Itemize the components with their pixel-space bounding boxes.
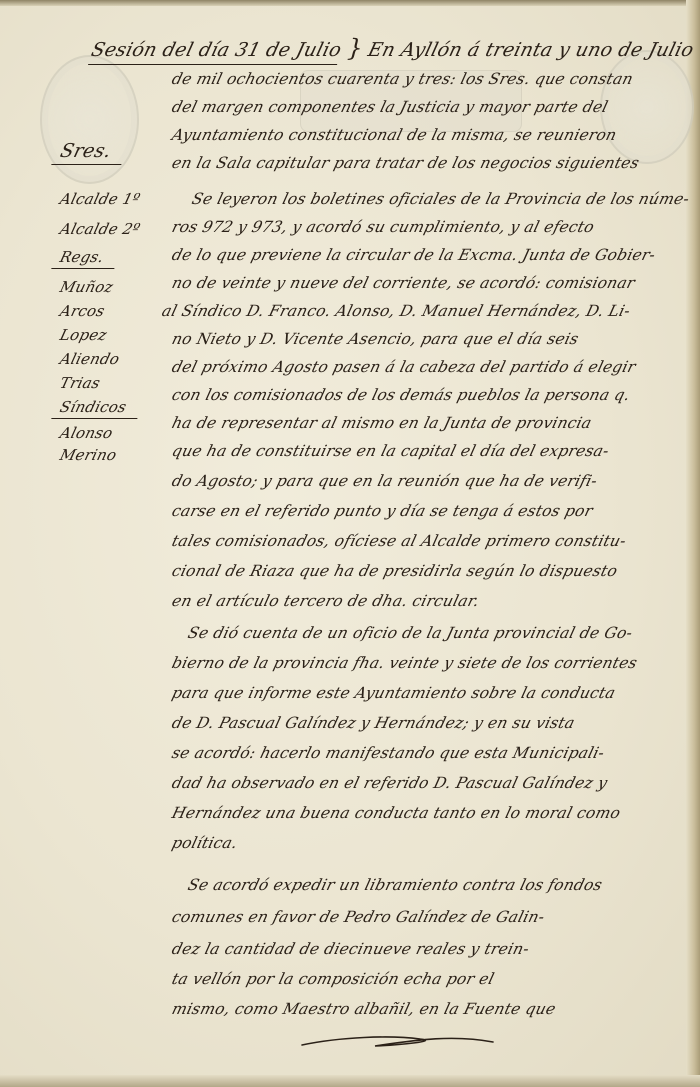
- text-line: con los comisionados de los demás pueblo…: [170, 386, 632, 404]
- text-line: que ha de constituirse en la capital el …: [170, 442, 611, 460]
- session-title: Sesión del día 31 de Julio: [88, 39, 344, 65]
- text-line: del margen componentes la Justicia y may…: [170, 98, 610, 116]
- margin-entry: Trias: [58, 374, 102, 392]
- text-line: se acordó: hacerlo manifestando que esta…: [170, 744, 606, 762]
- text-line: dez la cantidad de diecinueve reales y t…: [170, 940, 531, 958]
- text-line: política.: [170, 834, 240, 852]
- text-line: mismo, como Maestro albañil, en la Fuent…: [170, 1000, 558, 1018]
- text-line: carse en el referido punto y día se teng…: [170, 502, 595, 520]
- paragraph-start-line: Se leyeron los boletines oficiales de la…: [190, 190, 691, 208]
- text-line: tales comisionados, ofíciese al Alcalde …: [170, 532, 628, 550]
- paragraph-start-line: Se dió cuenta de un oficio de la Junta p…: [186, 624, 634, 642]
- page-top-edge: [0, 0, 700, 6]
- text-line: Hernández una buena conducta tanto en lo…: [170, 804, 622, 822]
- margin-entry: Lopez: [58, 326, 109, 344]
- paragraph-start-line: Se acordó expedir un libramiento contra …: [186, 876, 604, 894]
- text-line: ta vellón por la composición echa por el: [170, 970, 496, 988]
- text-line: de D. Pascual Galíndez y Hernández; y en…: [170, 714, 577, 732]
- text-line: Ayuntamiento constitucional de la misma,…: [170, 126, 619, 144]
- text-line: comunes en favor de Pedro Galíndez de Ga…: [170, 908, 547, 926]
- session-heading-line: Sesión del día 31 de Julio}En Ayllón á t…: [88, 34, 697, 65]
- margin-heading: Sres.: [58, 140, 114, 162]
- page-binding-edge: [686, 0, 700, 1087]
- margin-entry: Alonso: [58, 424, 115, 442]
- text-line: para que informe este Ayuntamiento sobre…: [170, 684, 617, 702]
- text-line: de lo que previene la circular de la Exc…: [170, 246, 657, 264]
- manuscript-page: Sesión del día 31 de Julio}En Ayllón á t…: [0, 0, 700, 1087]
- text-line: dad ha observado en el referido D. Pascu…: [170, 774, 609, 792]
- margin-entry: Regs.: [58, 248, 106, 266]
- margin-entry: Merino: [58, 446, 119, 464]
- heading-continuation: En Ayllón á treinta y uno de Julio: [366, 39, 696, 61]
- text-line: ros 972 y 973, y acordó su cumplimiento,…: [170, 218, 596, 236]
- text-line: en la Sala capitular para tratar de los …: [170, 154, 641, 172]
- text-line: ha de representar al mismo en la Junta d…: [170, 414, 594, 432]
- text-line: bierno de la provincia fha. veinte y sie…: [170, 654, 639, 672]
- closing-flourish-icon: [300, 1033, 495, 1047]
- margin-entry: Arcos: [58, 302, 107, 320]
- margin-entry: Aliendo: [58, 350, 121, 368]
- text-line: en el artículo tercero de dha. circular.: [170, 592, 481, 610]
- margin-entry: Muñoz: [58, 278, 115, 296]
- page-bottom-edge: [0, 1075, 700, 1087]
- text-line: de mil ochocientos cuarenta y tres: los …: [170, 70, 635, 88]
- text-line: del próximo Agosto pasen á la cabeza del…: [170, 358, 638, 376]
- text-line: al Síndico D. Franco. Alonso, D. Manuel …: [160, 302, 632, 320]
- text-line: cional de Riaza que ha de presidirla seg…: [170, 562, 619, 580]
- text-line: no de veinte y nueve del corriente, se a…: [170, 274, 637, 292]
- text-line: do Agosto; y para que en la reunión que …: [170, 472, 599, 490]
- margin-entry: Alcalde 2º: [58, 220, 142, 238]
- margin-entry: Alcalde 1º: [58, 190, 142, 208]
- brace-mark: }: [344, 34, 366, 62]
- margin-entry: Síndicos: [58, 398, 128, 416]
- embossed-seal-right: [600, 50, 694, 164]
- text-line: no Nieto y D. Vicente Asencio, para que …: [170, 330, 581, 348]
